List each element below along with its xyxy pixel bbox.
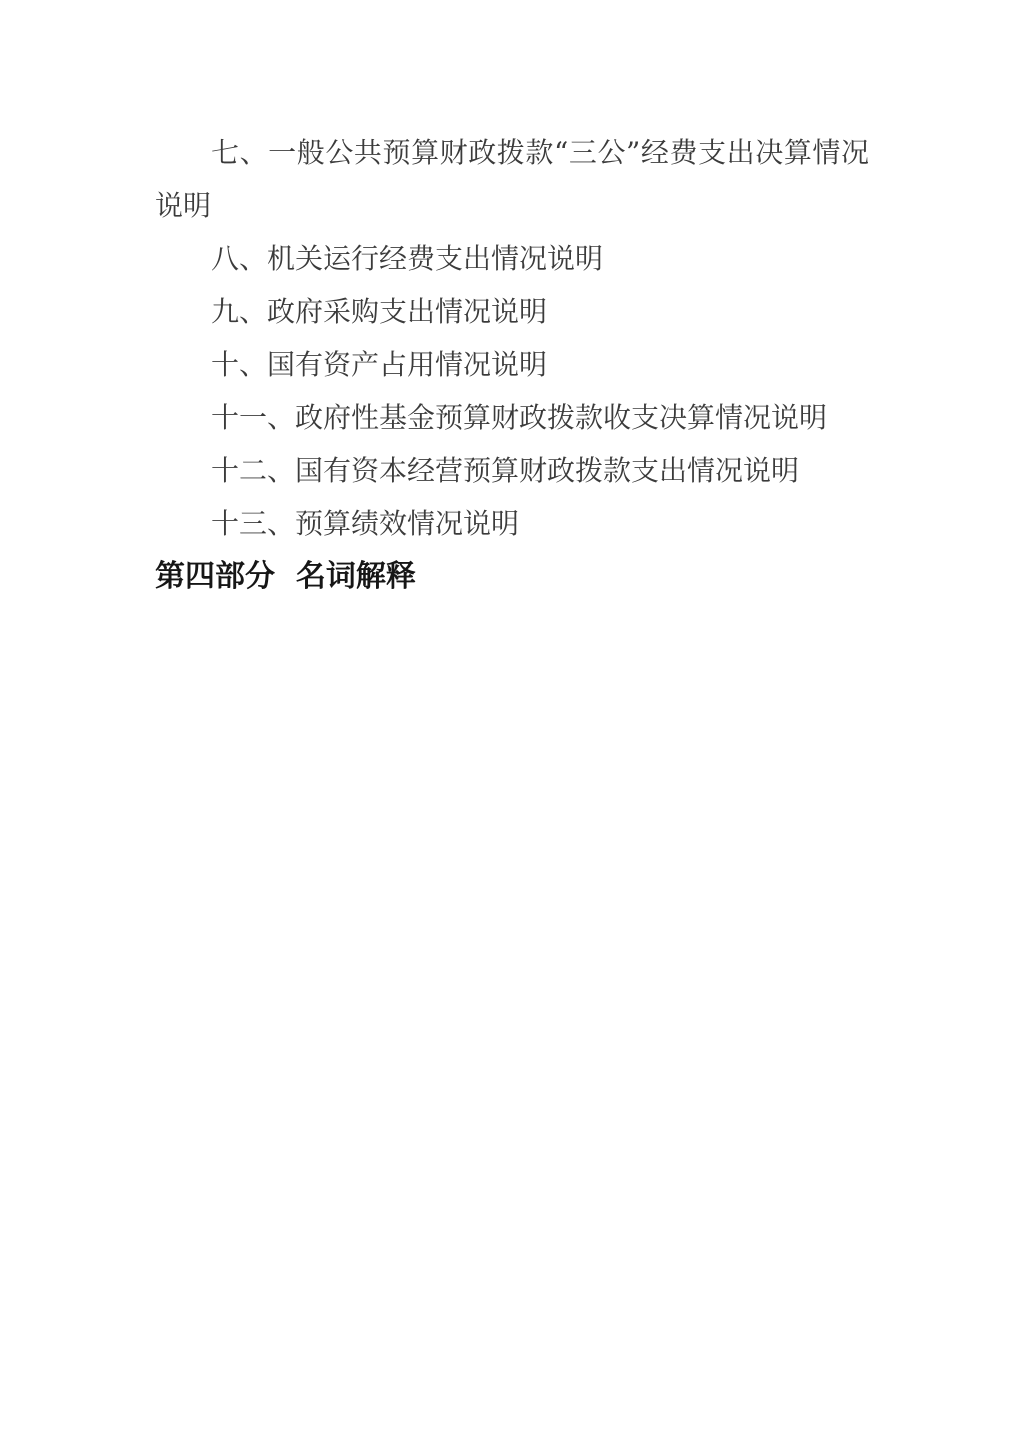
toc-line-thirteen: 十三、预算绩效情况说明	[155, 497, 869, 550]
table-of-contents: 七、一般公共预算财政拨款“三公”经费支出决算情况 说明 八、机关运行经费支出情况…	[155, 126, 869, 603]
toc-line-nine: 九、政府采购支出情况说明	[155, 285, 869, 338]
toc-line-seven: 七、一般公共预算财政拨款“三公”经费支出决算情况	[155, 126, 869, 179]
section-heading-part-four: 第四部分 名词解释	[155, 550, 869, 603]
toc-line-twelve: 十二、国有资本经营预算财政拨款支出情况说明	[155, 444, 869, 497]
toc-line-eight: 八、机关运行经费支出情况说明	[155, 232, 869, 285]
toc-line-ten: 十、国有资产占用情况说明	[155, 338, 869, 391]
toc-line-eleven: 十一、政府性基金预算财政拨款收支决算情况说明	[155, 391, 869, 444]
document-page: 七、一般公共预算财政拨款“三公”经费支出决算情况 说明 八、机关运行经费支出情况…	[0, 0, 1024, 1448]
toc-line-seven-wrap: 说明	[155, 179, 869, 232]
